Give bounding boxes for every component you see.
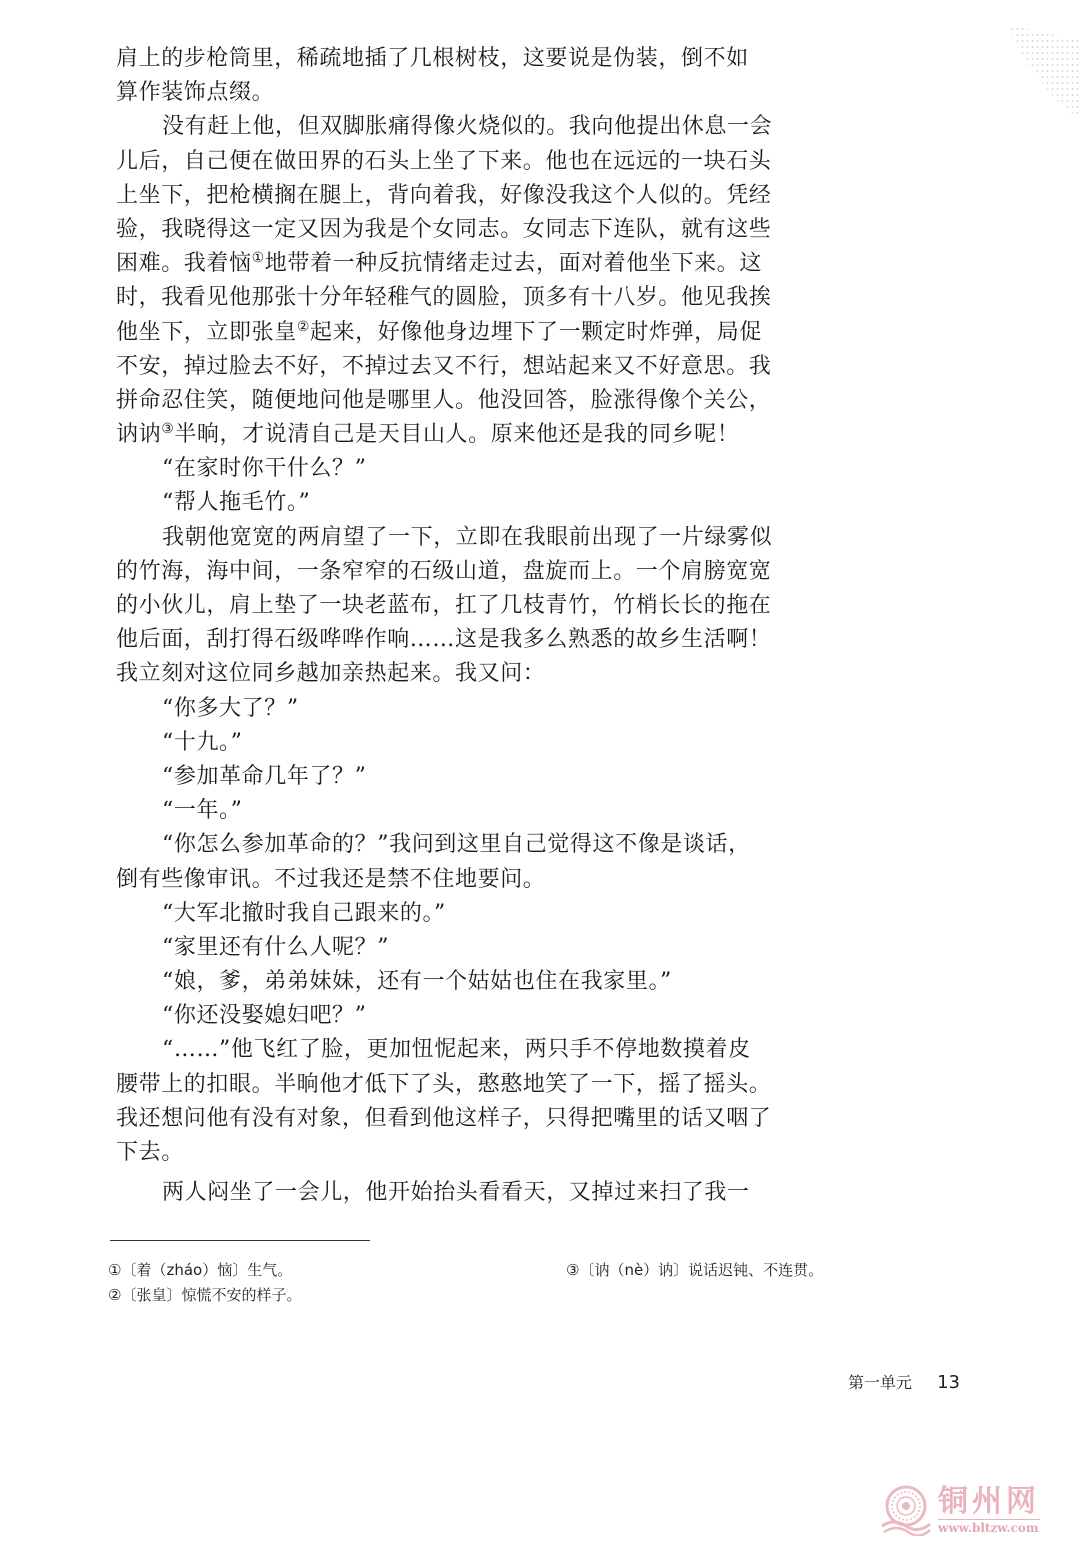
dialogue-line: “参加革命几年了？” [116, 760, 756, 794]
body-line: 不安，掉过脸去不好，不掉过去又不行，想站起来又不好意思。我 [116, 350, 756, 384]
body-line: 的竹海，海中间，一条窄窄的石级山道，盘旋而上。一个肩膀宽宽 [116, 555, 756, 589]
body-text: 他坐下，立即张皇 [116, 320, 297, 345]
dialogue-line: “在家时你干什么？” [116, 452, 756, 486]
watermark-logo-icon [880, 1484, 932, 1536]
body-line: 倒有些像审讯。不过我还是禁不住地要问。 [116, 863, 756, 897]
body-line: 他坐下，立即张皇②起来，好像他身边埋下了一颗定时炸弹，局促 [116, 316, 756, 350]
body-text: 困难。我着恼 [116, 251, 252, 276]
body-line: 没有赶上他，但双脚胀痛得像火烧似的。我向他提出休息一会 [116, 110, 756, 144]
body-line: 我朝他宽宽的两肩望了一下，立即在我眼前出现了一片绿雾似 [116, 521, 756, 555]
page-body-text: 肩上的步枪筒里，稀疏地插了几根树枝，这要说是伪装，倒不如 算作装饰点缀。 没有赶… [116, 42, 756, 1210]
body-line: 两人闷坐了一会儿，他开始抬头看看天，又掉过来扫了我一 [116, 1176, 756, 1210]
footnotes-right: ③〔讷（nè）讷〕说话迟钝、不连贯。 [566, 1258, 823, 1283]
dialogue-line: “你还没娶媳妇吧？” [116, 999, 756, 1033]
body-line: 时，我看见他那张十分年轻稚气的圆脸，顶多有十八岁。他见我挨 [116, 281, 756, 315]
body-text: 半晌，才说清自己是天目山人。原来他还是我的同乡呢！ [174, 422, 739, 447]
footnote-1: ①〔着（zháo）恼〕生气。 [108, 1258, 301, 1283]
body-line: 腰带上的扣眼。半晌他才低下了头，憨憨地笑了一下，摇了摇头。 [116, 1068, 756, 1102]
body-line: 的小伙儿，肩上垫了一块老蓝布，扛了几枝青竹，竹梢长长的拖在 [116, 589, 756, 623]
body-line: 拼命忍住笑，随便地问他是哪里人。他没回答，脸涨得像个关公， [116, 384, 756, 418]
unit-label: 第一单元 [848, 1373, 912, 1392]
footnote-ref-2: ② [297, 319, 310, 335]
body-line: 肩上的步枪筒里，稀疏地插了几根树枝，这要说是伪装，倒不如 [116, 42, 756, 76]
site-watermark: 铜州网 www.bltzw.com [880, 1480, 1076, 1540]
body-line: 算作装饰点缀。 [116, 76, 756, 110]
body-text: 起来，好像他身边埋下了一颗定时炸弹，局促 [310, 320, 762, 345]
scan-speckle-artifact [1000, 20, 1080, 120]
watermark-brand: 铜州网 [938, 1485, 1040, 1519]
body-text: 讷讷 [116, 422, 161, 447]
body-text: 地带着一种反抗情绪走过去，面对着他坐下来。这 [265, 251, 762, 276]
body-line: 验，我晓得这一定又因为我是个女同志。女同志下连队，就有这些 [116, 213, 756, 247]
body-line: 我还想问他有没有对象，但看到他这样子，只得把嘴里的话又咽了 [116, 1102, 756, 1136]
body-line: 困难。我着恼①地带着一种反抗情绪走过去，面对着他坐下来。这 [116, 247, 756, 281]
dialogue-line: “你怎么参加革命的？”我问到这里自己觉得这不像是谈话， [116, 828, 756, 862]
dialogue-line: “大军北撤时我自己跟来的。” [116, 897, 756, 931]
body-line: 儿后，自己便在做田界的石头上坐了下来。他也在远远的一块石头 [116, 145, 756, 179]
dialogue-line: “娘，爹，弟弟妹妹，还有一个姑姑也住在我家里。” [116, 965, 756, 999]
footnotes-left: ①〔着（zháo）恼〕生气。 ②〔张皇〕惊慌不安的样子。 [108, 1258, 301, 1308]
body-line: 上坐下，把枪横搁在腿上，背向着我，好像没我这个人似的。凭经 [116, 179, 756, 213]
dialogue-line: “……”他飞红了脸，更加忸怩起来，两只手不停地数摸着皮 [116, 1033, 756, 1067]
footnote-3: ③〔讷（nè）讷〕说话迟钝、不连贯。 [566, 1258, 823, 1283]
footnote-2: ②〔张皇〕惊慌不安的样子。 [108, 1283, 301, 1308]
page-number: 13 [937, 1372, 960, 1393]
dialogue-line: “家里还有什么人呢？” [116, 931, 756, 965]
footnote-divider [110, 1240, 370, 1241]
footnote-ref-3: ③ [161, 421, 174, 437]
footnote-ref-1: ① [252, 250, 265, 266]
body-line: 讷讷③半晌，才说清自己是天目山人。原来他还是我的同乡呢！ [116, 418, 756, 452]
dialogue-line: “一年。” [116, 794, 756, 828]
body-line: 我立刻对这位同乡越加亲热起来。我又问： [116, 657, 756, 691]
body-line: 他后面，刮打得石级哗哗作响……这是我多么熟悉的故乡生活啊！ [116, 623, 756, 657]
body-line: 下去。 [116, 1136, 756, 1170]
watermark-url: www.bltzw.com [938, 1519, 1040, 1535]
page-footer: 第一单元 13 [848, 1370, 960, 1393]
dialogue-line: “十九。” [116, 726, 756, 760]
dialogue-line: “帮人拖毛竹。” [116, 486, 756, 520]
dialogue-line: “你多大了？” [116, 692, 756, 726]
